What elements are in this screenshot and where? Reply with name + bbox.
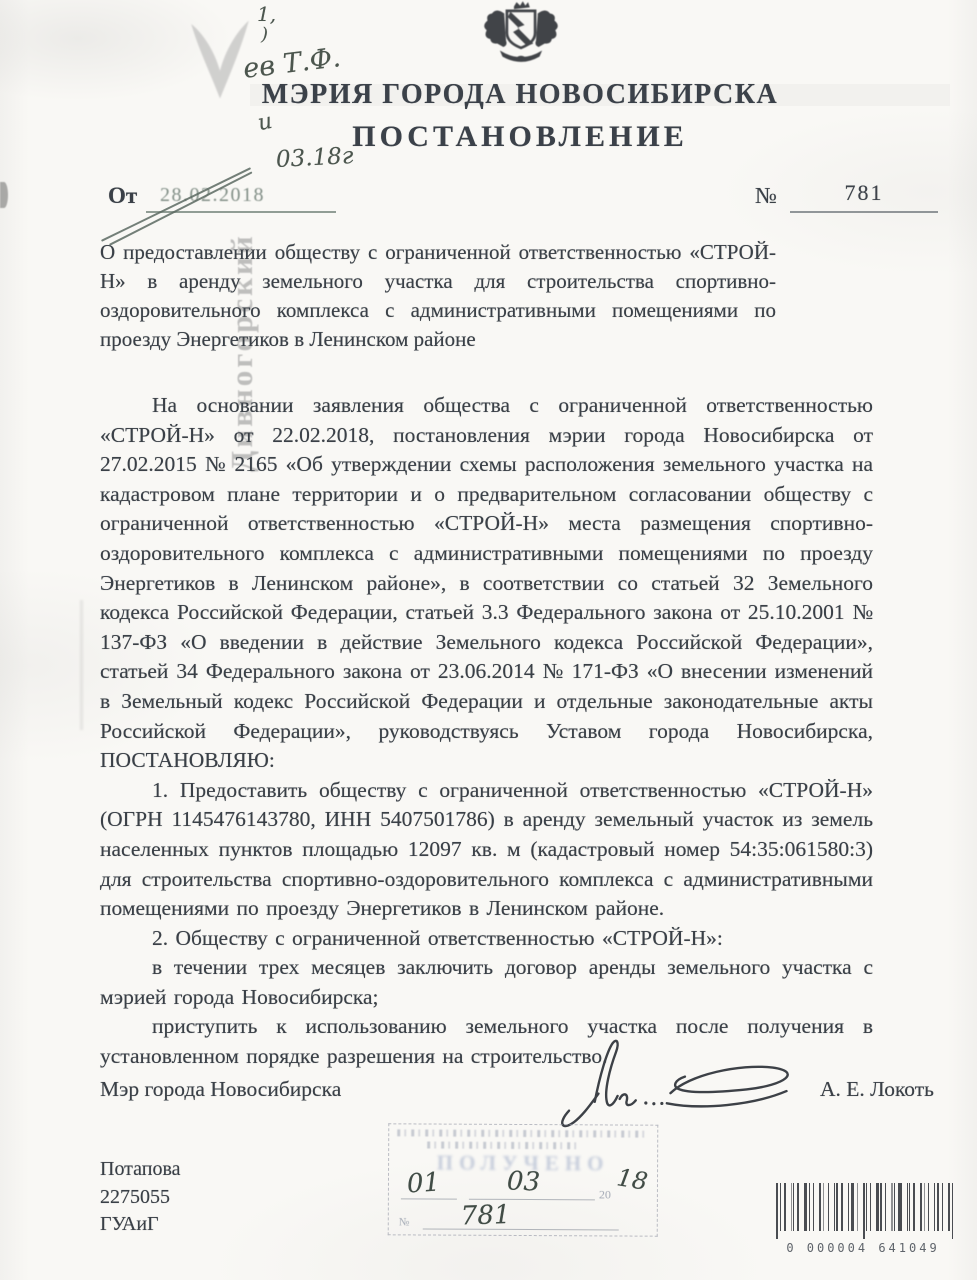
pen-annotation: 1, [257, 2, 276, 26]
body-paragraph: 2. Обществу с ограниченной ответственнос… [100, 924, 873, 954]
signature-scribble-icon [546, 1029, 801, 1130]
stamp-handwritten-year: 18 [615, 1163, 650, 1196]
signer-name: А. Е. Локоть [820, 1077, 934, 1102]
body-text: На основании заявления общества с ограни… [100, 391, 873, 1072]
stamp-faint-text-line [397, 1129, 649, 1137]
coat-of-arms-icon [477, 0, 565, 64]
executor-block: Потапова 2275055 ГУАиГ [100, 1156, 181, 1239]
barcode: 0 000004 641049 [770, 1183, 956, 1255]
registration-stamp: ПОЛУЧЕНО 20 № 01 03 18 781 [388, 1123, 659, 1236]
stamp-faint-text-line [427, 1141, 577, 1149]
stamp-number-label: № [399, 1216, 410, 1228]
date-label: От [108, 183, 137, 209]
barcode-bars [770, 1183, 956, 1239]
stamp-handwritten-month: 03 [506, 1166, 540, 1197]
doc-type-title: ПОСТАНОВЛЕНИЕ [80, 120, 960, 154]
stamp-blank-line [423, 1228, 619, 1230]
number-label: № [755, 183, 777, 209]
scan-edge-artifact [0, 182, 8, 208]
body-paragraph: На основании заявления общества с ограни… [100, 391, 873, 776]
executor-phone: 2275055 [100, 1184, 181, 1212]
document-number: 781 [790, 180, 938, 206]
stamp-handwritten-number: 781 [460, 1200, 511, 1231]
org-name-title: МЭРИЯ ГОРОДА НОВОСИБИРСКА [80, 79, 960, 111]
signer-position: Мэр города Новосибирска [100, 1077, 341, 1102]
executor-name: Потапова [100, 1156, 181, 1184]
stamp-year-prefix: 20 [599, 1187, 611, 1202]
body-paragraph: в течении трех месяцев заключить договор… [100, 953, 873, 1012]
stamp-handwritten-day: 01 [406, 1167, 441, 1199]
pen-annotation: ) [261, 24, 268, 45]
scanned-decree-page: Дивногорский 1, ) ев Т.Ф. и 03.18г МЭРИЯ… [0, 0, 977, 1280]
scan-streak-artifact [80, 600, 83, 730]
body-paragraph: 1. Предоставить обществу с ограниченной … [100, 776, 873, 924]
executor-department: ГУАиГ [100, 1211, 181, 1239]
barcode-digits: 0 000004 641049 [770, 1241, 956, 1255]
number-underline [790, 211, 938, 213]
subject-paragraph: О предоставлении обществу с ограниченной… [100, 238, 776, 354]
